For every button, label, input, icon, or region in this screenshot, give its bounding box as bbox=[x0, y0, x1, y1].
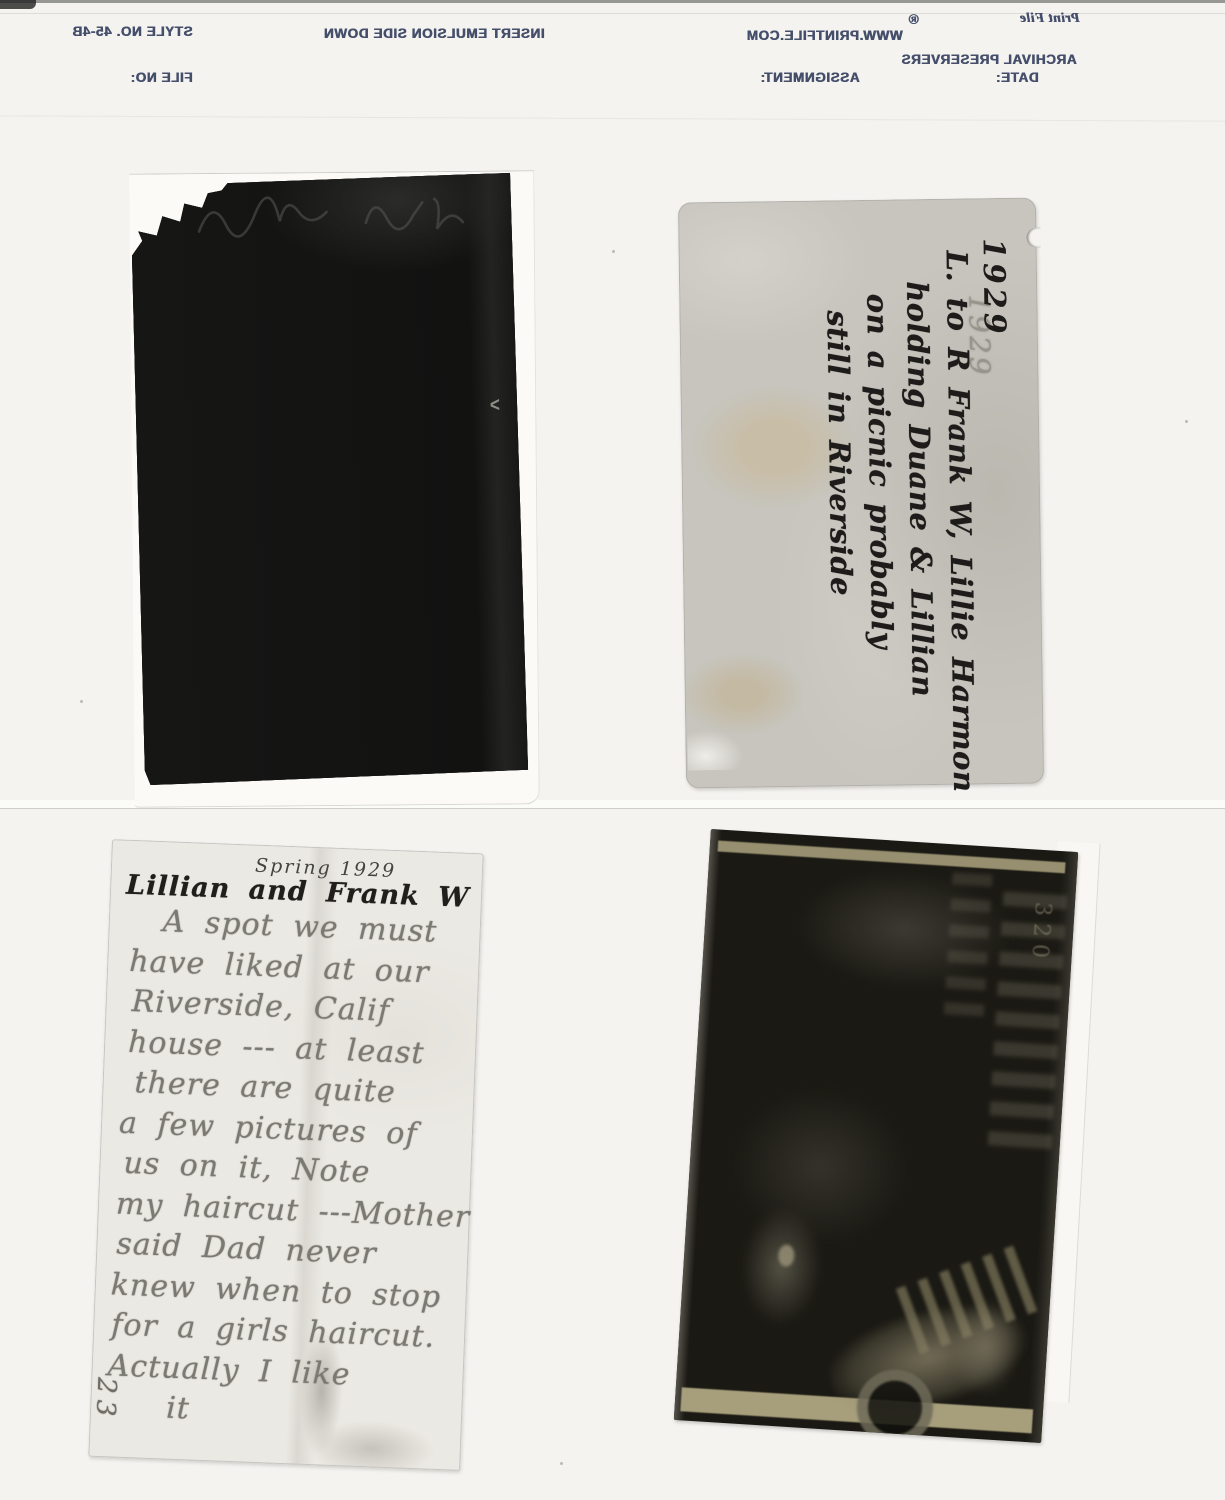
chevron-mark: < bbox=[490, 393, 501, 417]
dust-speck bbox=[80, 700, 83, 703]
sleeve-seam bbox=[0, 808, 1225, 809]
note-card: Spring 1929 Lillian and Frank W A spot w… bbox=[88, 839, 483, 1471]
caption-lines-rotated: L. to R Frank W, Lillie Harmonholding Du… bbox=[817, 250, 984, 782]
note-body-lines: A spot we musthave liked at ourRiverside… bbox=[105, 901, 481, 1441]
photo-back-caption-card: 1929 1929 L. to R Frank W, Lillie Harmon… bbox=[678, 198, 1044, 789]
photo-edge bbox=[674, 829, 722, 1421]
caption-line: on a picnic probably bbox=[857, 251, 904, 782]
dust-speck bbox=[1185, 420, 1188, 423]
dust-speck bbox=[612, 250, 615, 253]
emulsion-instruction: INSERT EMULSION SIDE DOWN bbox=[324, 26, 545, 41]
assignment-label: ASSIGNMENT: bbox=[760, 70, 860, 85]
printfile-header-mirrored: Print File ® ARCHIVAL PRESERVERS WWW.PRI… bbox=[0, 0, 1225, 100]
file-no-label: FILE NO: bbox=[130, 70, 193, 85]
caption-line: L. to R Frank W, Lillie Harmon bbox=[937, 250, 984, 781]
website-text: WWW.PRINTFILE.COM bbox=[747, 28, 903, 43]
sleeve-seam bbox=[0, 115, 1225, 121]
dust-speck bbox=[560, 1462, 563, 1465]
date-label: DATE: bbox=[996, 70, 1039, 85]
dark-photo-print: 320 bbox=[674, 829, 1078, 1443]
margin-number-sideways: 23 bbox=[90, 1377, 122, 1423]
card-corner-fold bbox=[687, 699, 778, 770]
photo-ghost-marks bbox=[944, 864, 993, 1016]
black-negative-print: < bbox=[128, 173, 529, 785]
registered-mark: ® bbox=[908, 12, 919, 27]
caption-line: still in Riverside bbox=[817, 252, 864, 783]
faint-number-ghost: 320 bbox=[1026, 901, 1055, 965]
archival-sleeve-scan: Print File ® ARCHIVAL PRESERVERS WWW.PRI… bbox=[0, 0, 1225, 1500]
caption-line: holding Duane & Lillian bbox=[897, 251, 944, 782]
logo-tagline: ARCHIVAL PRESERVERS bbox=[901, 52, 1077, 67]
printfile-logo: Print File bbox=[1020, 10, 1080, 26]
card-edge-notch bbox=[1026, 227, 1040, 247]
ink-year: 1929 bbox=[975, 238, 1011, 338]
faint-handwriting-ghost bbox=[190, 179, 492, 247]
style-number: STYLE NO. 45-4B bbox=[72, 24, 193, 39]
